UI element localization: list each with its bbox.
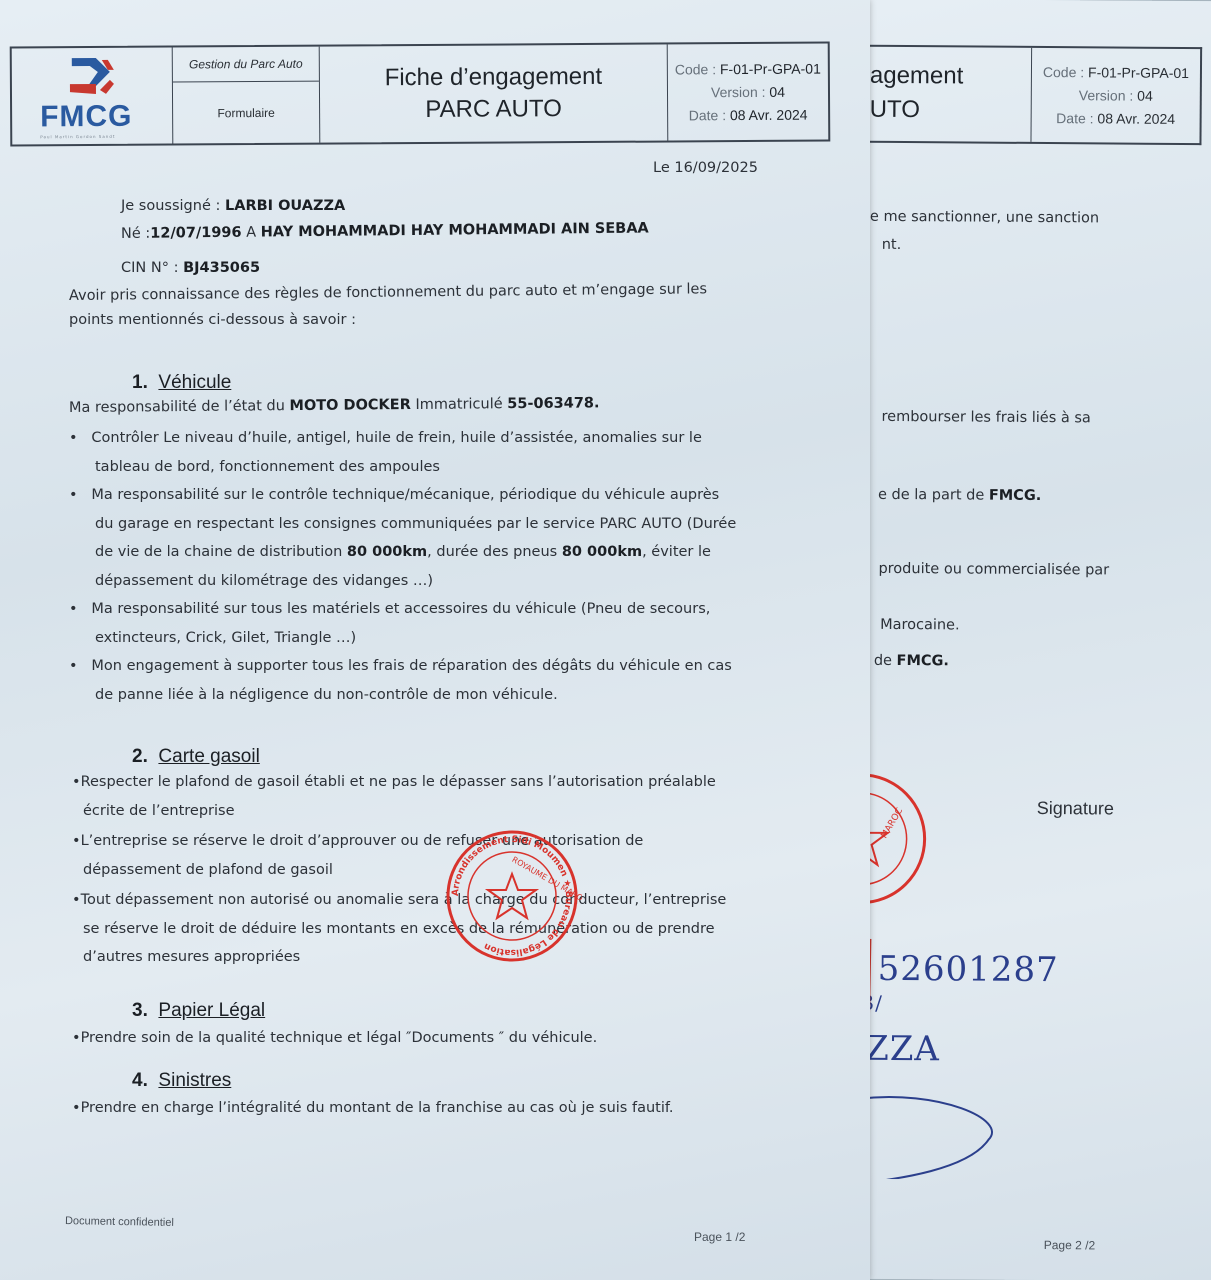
bullet-item-line: •Respecter le plafond de gasoil établi e… <box>72 774 716 790</box>
bullet-item-line: écrite de l’entreprise <box>83 803 235 819</box>
section-heading: Sinistres <box>158 1070 231 1091</box>
page2-text-line: nt. <box>882 237 902 253</box>
birth-sep: A <box>241 225 260 241</box>
bullet-item-line: •Prendre soin de la qualité technique et… <box>72 1030 597 1046</box>
section-heading: Véhicule <box>158 372 231 393</box>
document-date: Le 16/09/2025 <box>653 160 758 176</box>
date-value: 08 Avr. 2024 <box>1097 110 1175 127</box>
svg-text:ROYAUME DU MAROC: ROYAUME DU MAROC <box>510 855 582 906</box>
birth-label: Né : <box>121 226 150 242</box>
doc-type-label: Formulaire <box>173 82 319 144</box>
document-title: Fiche d’engagement PARC AUTO <box>320 44 669 142</box>
page2-text-line: de FMCG. <box>874 653 949 670</box>
birth-place: HAY MOHAMMADI HAY MOHAMMADI AIN SEBAA <box>261 220 649 240</box>
bullet-icon: • <box>72 833 81 849</box>
section-heading: Carte gasoil <box>158 746 259 767</box>
logo-text: FMCG <box>40 100 133 135</box>
name-label: Je soussigné : <box>121 198 225 214</box>
page2-title-line1: agement <box>870 59 1031 94</box>
section-title-4: 4. Sinistres <box>132 1070 231 1092</box>
page2-title-line2: UTO <box>870 93 1031 128</box>
section-number: 2. <box>132 746 148 767</box>
svg-text:Arrondissement Sidi Moumen ★ B: Arrondissement Sidi Moumen ★ Bureau de L… <box>451 835 573 957</box>
section-heading: Papier Légal <box>158 1000 265 1021</box>
cin-label: CIN N° : <box>121 260 183 276</box>
date-value: 08 Avr. 2024 <box>730 106 808 122</box>
section-title-3: 3. Papier Légal <box>132 1000 265 1022</box>
page-number-1: Page 1 /2 <box>694 1230 745 1244</box>
bullet-icon: • <box>72 892 81 908</box>
logo-subtitle: Paul Martin Gordon Sandt <box>40 134 115 139</box>
bullet-item-line: de vie de la chaine de distribution 80 0… <box>95 544 711 560</box>
document-meta: Code : F-01-Pr-GPA-01 Version : 04 Date … <box>668 44 829 141</box>
version-value: 04 <box>1137 87 1153 103</box>
bullet-icon: • <box>69 487 91 503</box>
section-number: 1. <box>132 372 148 393</box>
bullet-item-line: • Mon engagement à supporter tous les fr… <box>69 658 732 674</box>
section-title-2: 2. Carte gasoil <box>132 746 260 768</box>
cin-line: CIN N° : BJ435065 <box>121 260 260 276</box>
page2-text-line: Marocaine. <box>880 617 960 634</box>
name-value: LARBI OUAZZA <box>225 198 345 214</box>
bullet-item-line: de panne liée à la négligence du non-con… <box>95 687 558 703</box>
bullet-item-line: du garage en respectant les consignes co… <box>95 516 736 532</box>
confidential-label: Document confidentiel <box>65 1215 174 1229</box>
bullet-item-line: se réserve le droit de déduire les monta… <box>83 921 715 937</box>
bullet-item-line: • Ma responsabilité sur le contrôle tech… <box>69 487 719 503</box>
page2-text-line: rembourser les frais liés à sa <box>881 409 1090 426</box>
bullet-icon: • <box>72 1100 81 1116</box>
intro-line-1: Avoir pris connaissance des règles de fo… <box>69 281 707 304</box>
header-classification: Gestion du Parc Auto Formulaire <box>173 47 321 144</box>
page2-text-line: produite ou commercialisée par <box>878 561 1109 579</box>
bullet-icon: • <box>72 774 81 790</box>
bullet-item-line: • Ma responsabilité sur tous les matérie… <box>69 601 710 617</box>
intro-line-2: points mentionnés ci-dessous à savoir : <box>69 312 356 328</box>
bullet-icon: • <box>72 1030 81 1046</box>
official-stamp-icon: Arrondissement Sidi Moumen ★ Bureau de L… <box>442 826 582 966</box>
document-header: FMCG Paul Martin Gordon Sandt Gestion du… <box>10 41 831 146</box>
document-page-2: agement UTO Code : F-01-Pr-GPA-01 Versio… <box>858 0 1211 1280</box>
version-label: Version : <box>1079 87 1137 103</box>
title-line2: PARC AUTO <box>425 93 562 126</box>
signature-label: Signature <box>1037 798 1114 820</box>
page-number-2: Page 2 /2 <box>1044 1238 1095 1252</box>
department-label: Gestion du Parc Auto <box>173 47 319 83</box>
version-label: Version : <box>711 83 769 99</box>
birth-line: Né :12/07/1996 A HAY MOHAMMADI HAY MOHAM… <box>121 220 649 242</box>
bullet-item-line: dépassement du kilométrage des vidanges … <box>95 573 433 589</box>
bullet-item-line: •Prendre en charge l’intégralité du mont… <box>72 1100 674 1116</box>
date-label: Date : <box>689 107 730 123</box>
page2-text-line: e de la part de FMCG. <box>878 487 1041 504</box>
code-label: Code : <box>1043 63 1088 79</box>
title-line1: Fiche d’engagement <box>385 61 603 94</box>
bullet-item-line: •Tout dépassement non autorisé ou anomal… <box>72 892 726 908</box>
vehicle-mid: Immatriculé <box>411 396 508 413</box>
code-value: F-01-Pr-GPA-01 <box>720 60 821 77</box>
section-title-1: 1. Véhicule <box>132 372 231 394</box>
page2-text-line: e me sanctionner, une sanction <box>870 209 1099 227</box>
fmcg-logo-icon <box>62 56 122 106</box>
birth-date: 12/07/1996 <box>150 225 241 242</box>
bullet-icon: • <box>69 430 91 446</box>
document-page-1: FMCG Paul Martin Gordon Sandt Gestion du… <box>0 0 870 1280</box>
section-number: 3. <box>132 1000 148 1021</box>
vehicle-lead: Ma responsabilité de l’état du <box>69 398 290 416</box>
page2-meta: Code : F-01-Pr-GPA-01 Version : 04 Date … <box>1031 48 1200 143</box>
section-number: 4. <box>132 1070 148 1091</box>
bullet-item-line: extincteurs, Crick, Gilet, Triangle …) <box>95 630 356 646</box>
bullet-item-line: dépassement de plafond de gasoil <box>83 862 333 878</box>
bullet-icon: • <box>69 601 91 617</box>
bullet-item-line: • Contrôler Le niveau d’huile, antigel, … <box>69 430 702 446</box>
code-value: F-01-Pr-GPA-01 <box>1088 64 1189 81</box>
vehicle-model: MOTO DOCKER <box>289 397 410 414</box>
code-label: Code : <box>675 61 720 77</box>
cin-value: BJ435065 <box>183 260 260 276</box>
page2-title: agement UTO <box>865 47 1032 142</box>
date-label: Date : <box>1056 110 1097 126</box>
bullet-item-line: tableau de bord, fonctionnement des ampo… <box>95 459 440 475</box>
vehicle-plate: 55-063478. <box>507 395 599 412</box>
company-logo: FMCG Paul Martin Gordon Sandt <box>12 48 174 145</box>
signatory-name-line: Je soussigné : LARBI OUAZZA <box>121 198 345 214</box>
bullet-item-line: d’autres mesures appropriées <box>83 949 300 965</box>
vehicle-line: Ma responsabilité de l’état du MOTO DOCK… <box>69 395 600 416</box>
version-value: 04 <box>769 83 785 99</box>
signature-scribble-icon <box>858 939 1010 1180</box>
svg-text:MAROC: MAROC <box>880 806 906 840</box>
page2-header: agement UTO Code : F-01-Pr-GPA-01 Versio… <box>865 45 1202 145</box>
bullet-icon: • <box>69 658 91 674</box>
